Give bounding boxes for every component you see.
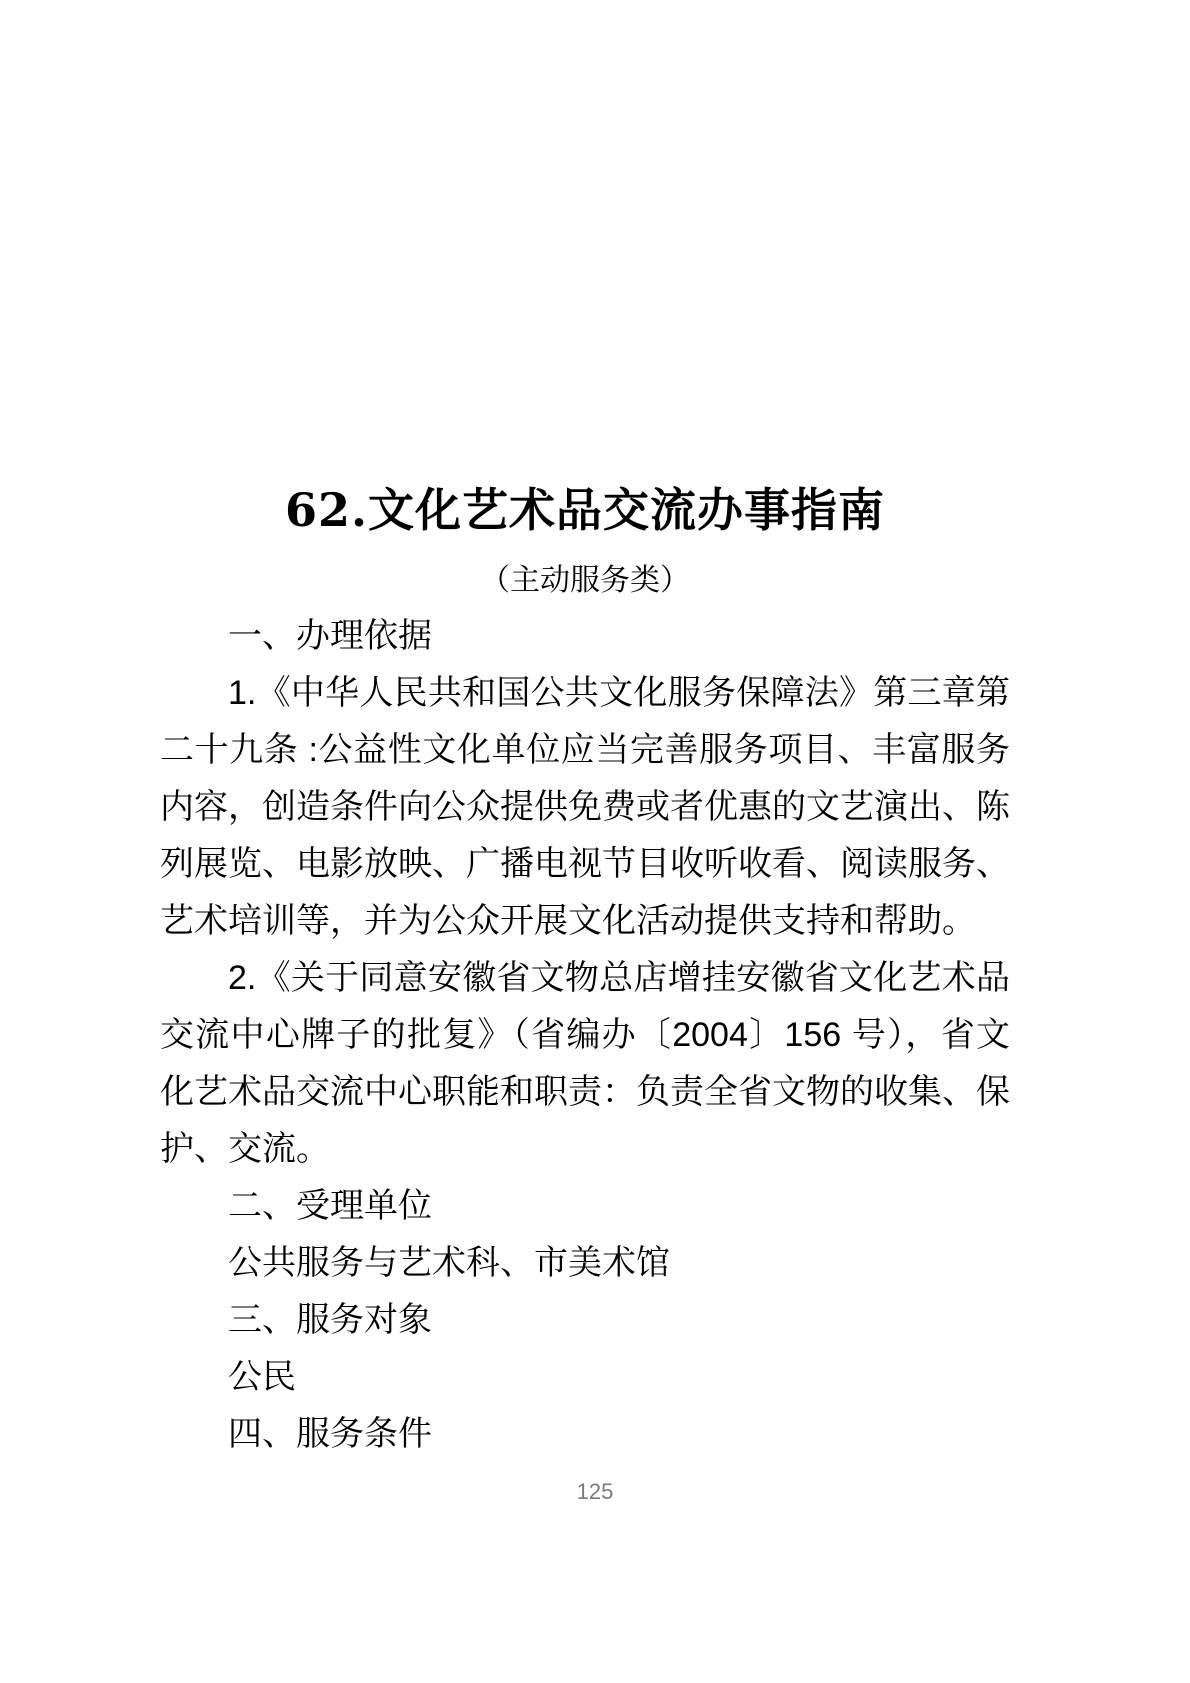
page-title: 62.文化艺术品交流办事指南 xyxy=(160,480,1010,540)
document-body: 一、办理依据 1.《中华人民共和国公共文化服务保障法》第三章第二十九条 :公益性… xyxy=(160,608,1010,1463)
paragraph-accepting-unit: 公共服务与艺术科、市美术馆 xyxy=(160,1235,1010,1292)
paragraph-legal-basis-1: 1.《中华人民共和国公共文化服务保障法》第三章第二十九条 :公益性文化单位应当完… xyxy=(160,665,1010,950)
page-subtitle: （主动服务类） xyxy=(160,560,1010,602)
paragraph-service-target: 公民 xyxy=(160,1349,1010,1406)
document-page: 62.文化艺术品交流办事指南 （主动服务类） 一、办理依据 1.《中华人民共和国… xyxy=(0,0,1190,1683)
section-heading-basis: 一、办理依据 xyxy=(160,608,1010,665)
document-content: 62.文化艺术品交流办事指南 （主动服务类） 一、办理依据 1.《中华人民共和国… xyxy=(160,0,1010,1463)
section-heading-service-conditions: 四、服务条件 xyxy=(160,1406,1010,1463)
page-number-label: 125 xyxy=(0,1478,1190,1506)
paragraph-legal-basis-2: 2.《关于同意安徽省文物总店增挂安徽省文化艺术品交流中心牌子的批复》（省编办〔2… xyxy=(160,950,1010,1178)
section-heading-service-target: 三、服务对象 xyxy=(160,1292,1010,1349)
section-heading-accepting-unit: 二、受理单位 xyxy=(160,1178,1010,1235)
